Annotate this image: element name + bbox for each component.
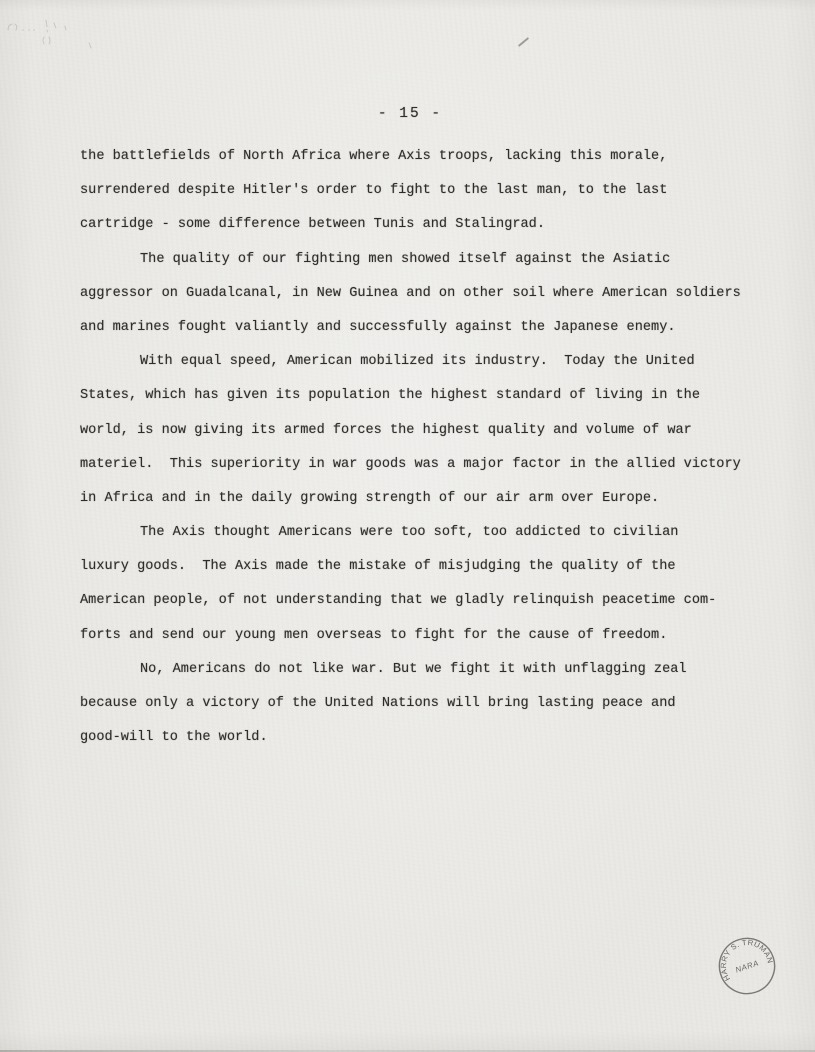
stamp-ring-text: HARRY S. TRUMAN LIBRARY bbox=[717, 936, 776, 985]
text-line: forts and send our young men overseas to… bbox=[80, 619, 760, 653]
text-line: No, Americans do not like war. But we fi… bbox=[80, 653, 760, 687]
text-line: surrendered despite Hitler's order to fi… bbox=[80, 174, 760, 208]
text-line: luxury goods. The Axis made the mistake … bbox=[80, 550, 760, 584]
text-line: States, which has given its population t… bbox=[80, 379, 760, 413]
svg-text:HARRY S. TRUMAN LIBRARY: HARRY S. TRUMAN LIBRARY bbox=[717, 936, 776, 985]
text-line: good-will to the world. bbox=[80, 721, 760, 755]
document-body: the battlefields of North Africa where A… bbox=[80, 140, 760, 755]
text-line: in Africa and in the daily growing stren… bbox=[80, 482, 760, 516]
truman-library-stamp: HARRY S. TRUMAN LIBRARY NARA bbox=[717, 936, 777, 996]
text-line: cartridge - some difference between Tuni… bbox=[80, 208, 760, 242]
text-line: The quality of our fighting men showed i… bbox=[80, 243, 760, 277]
paragraph: The quality of our fighting men showed i… bbox=[80, 243, 760, 346]
pencil-slash-mark bbox=[518, 37, 529, 47]
scanned-document-page: - 15 - the battlefields of North Africa … bbox=[0, 0, 815, 1052]
text-line: the battlefields of North Africa where A… bbox=[80, 140, 760, 174]
text-line: world, is now giving its armed forces th… bbox=[80, 414, 760, 448]
text-line: With equal speed, American mobilized its… bbox=[80, 345, 760, 379]
paragraph: With equal speed, American mobilized its… bbox=[80, 345, 760, 516]
paragraph: The Axis thought Americans were too soft… bbox=[80, 516, 760, 653]
text-line: The Axis thought Americans were too soft… bbox=[80, 516, 760, 550]
page-number: - 15 - bbox=[80, 106, 740, 122]
text-line: materiel. This superiority in war goods … bbox=[80, 448, 760, 482]
pencil-scuff-marks-icon bbox=[2, 16, 112, 58]
paragraph: the battlefields of North Africa where A… bbox=[80, 140, 760, 243]
text-line: because only a victory of the United Nat… bbox=[80, 687, 760, 721]
stamp-center-text: NARA bbox=[734, 958, 760, 974]
text-line: and marines fought valiantly and success… bbox=[80, 311, 760, 345]
text-line: aggressor on Guadalcanal, in New Guinea … bbox=[80, 277, 760, 311]
text-line: American people, of not understanding th… bbox=[80, 584, 760, 618]
paragraph: No, Americans do not like war. But we fi… bbox=[80, 653, 760, 756]
